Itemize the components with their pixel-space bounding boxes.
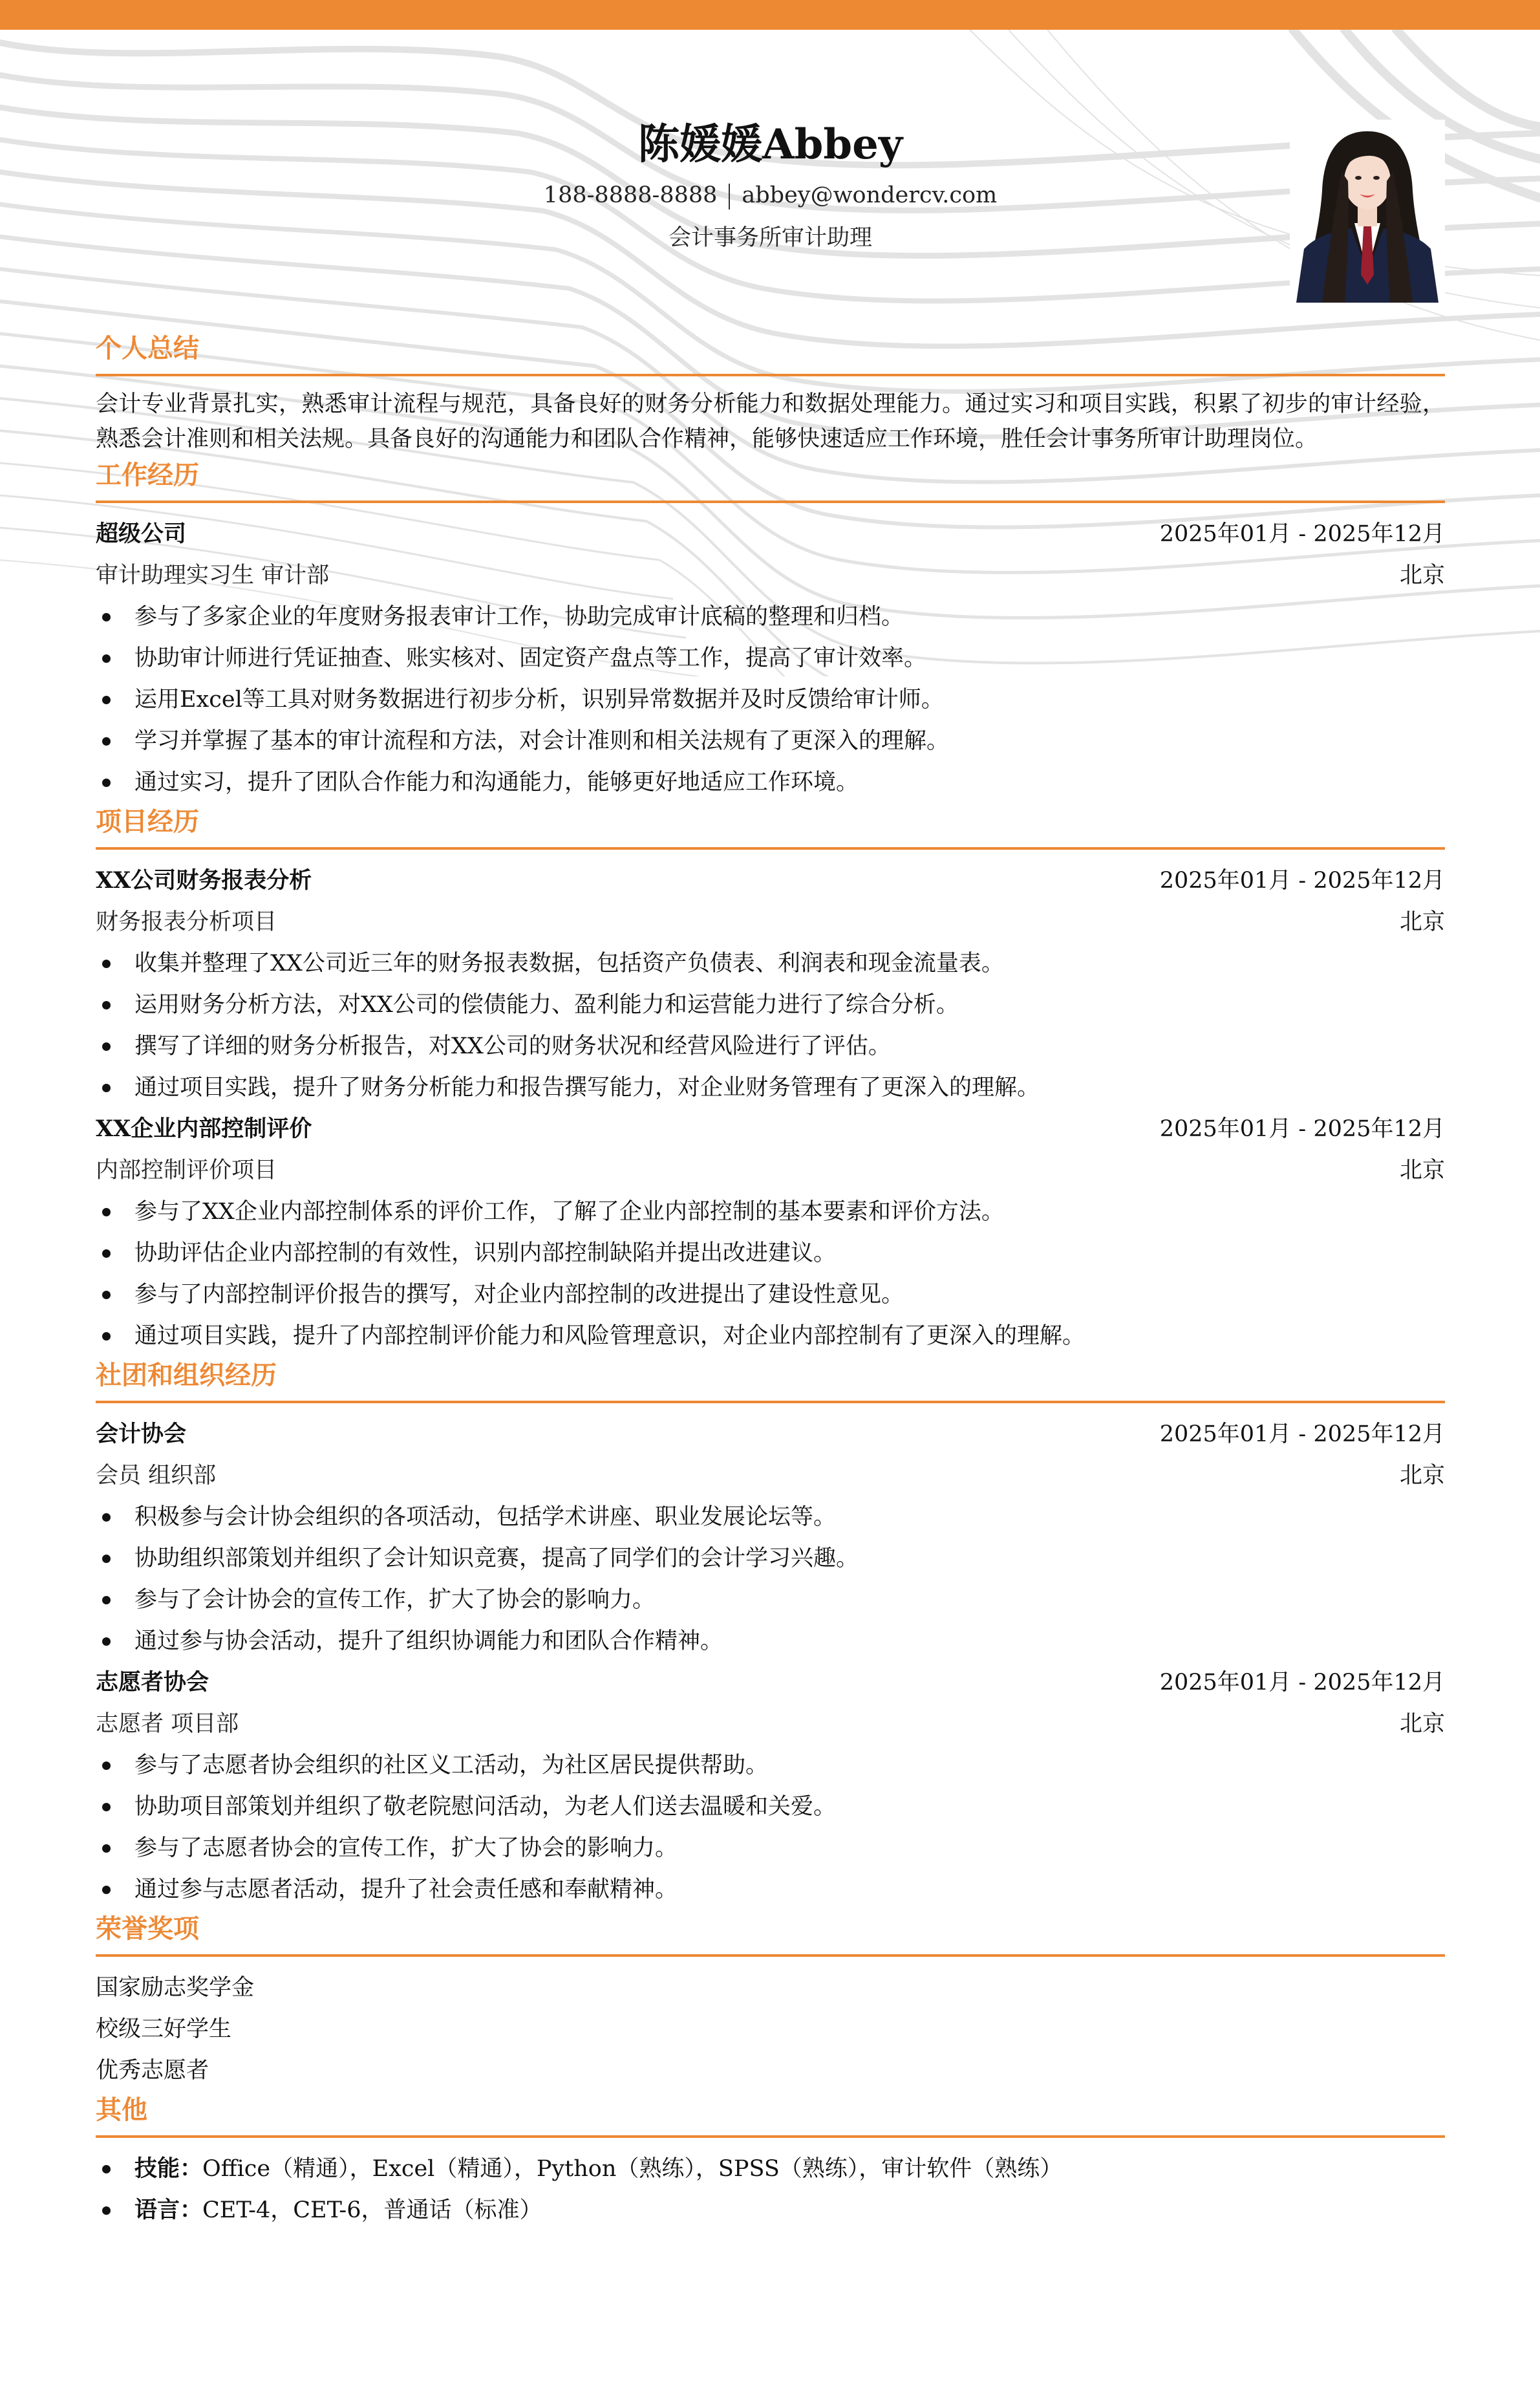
skills-label: 技能：: [134, 2155, 202, 2182]
entry-organization: 志愿者协会: [96, 1662, 209, 1703]
entry-role: 内部控制评价项目: [96, 1150, 277, 1191]
section-divider: [96, 501, 1445, 503]
section-divider: [96, 2135, 1445, 2138]
bullet-item: 通过项目实践，提升了内部控制评价能力和风险管理意识，对企业内部控制有了更深入的理…: [96, 1315, 1445, 1357]
contact-separator: [729, 184, 730, 210]
target-position: 会计事务所审计助理: [96, 220, 1445, 252]
candidate-name: 陈媛媛Abbey: [96, 111, 1445, 171]
bullet-item: 参与了志愿者协会组织的社区义工活动，为社区居民提供帮助。: [96, 1745, 1445, 1786]
section-honors: 荣誉奖项 国家励志奖学金 校级三好学生 优秀志愿者: [96, 1912, 1445, 2091]
entry-location: 北京: [1400, 555, 1445, 596]
bullet-icon: [102, 1886, 111, 1894]
bullet-item: 通过参与协会活动，提升了组织协调能力和团队合作精神。: [96, 1621, 1445, 1662]
bullet-icon: [102, 1762, 111, 1770]
section-title-projects: 项目经历: [96, 804, 1445, 839]
section-title-summary: 个人总结: [96, 331, 1445, 366]
work-entry: 超级公司 2025年01月 - 2025年12月 审计助理实习生 审计部 北京 …: [96, 513, 1445, 803]
bullet-icon: [102, 1084, 111, 1092]
languages-item: 语言：CET-4，CET-6，普通话（标准）: [96, 2190, 1445, 2231]
entry-location: 北京: [1400, 1703, 1445, 1745]
entry-organization: 超级公司: [96, 513, 186, 555]
club-entry: 会计协会 2025年01月 - 2025年12月 会员 组织部 北京 积极参与会…: [96, 1414, 1445, 1662]
entry-bullets: 参与了志愿者协会组织的社区义工活动，为社区居民提供帮助。 协助项目部策划并组织了…: [96, 1745, 1445, 1910]
section-divider: [96, 1401, 1445, 1403]
bullet-item: 协助评估企业内部控制的有效性，识别内部控制缺陷并提出改进建议。: [96, 1233, 1445, 1274]
bullet-item: 通过项目实践，提升了财务分析能力和报告撰写能力，对企业财务管理有了更深入的理解。: [96, 1067, 1445, 1108]
contact-line: 188-8888-8888abbey@wondercv.com: [96, 182, 1445, 210]
bullet-item: 参与了内部控制评价报告的撰写，对企业内部控制的改进提出了建设性意见。: [96, 1274, 1445, 1315]
bullet-icon: [102, 1844, 111, 1853]
bullet-icon: [102, 1513, 111, 1522]
honors-list: 国家励志奖学金 校级三好学生 优秀志愿者: [96, 1967, 1445, 2091]
entry-location: 北京: [1400, 1455, 1445, 1496]
section-clubs: 社团和组织经历 会计协会 2025年01月 - 2025年12月 会员 组织部 …: [96, 1358, 1445, 1910]
bullet-item: 通过实习，提升了团队合作能力和沟通能力，能够更好地适应工作环境。: [96, 762, 1445, 803]
bullet-item: 运用Excel等工具对财务数据进行初步分析，识别异常数据并及时反馈给审计师。: [96, 679, 1445, 720]
section-divider: [96, 1954, 1445, 1957]
bullet-item: 学习并掌握了基本的审计流程和方法，对会计准则和相关法规有了更深入的理解。: [96, 720, 1445, 762]
bullet-icon: [102, 1208, 111, 1216]
bullet-icon: [102, 1596, 111, 1604]
entry-date-range: 2025年01月 - 2025年12月: [1160, 1414, 1445, 1455]
entry-bullets: 收集并整理了XX公司近三年的财务报表数据，包括资产负债表、利润表和现金流量表。 …: [96, 943, 1445, 1108]
entry-location: 北京: [1400, 1150, 1445, 1191]
email-address[interactable]: abbey@wondercv.com: [742, 182, 997, 208]
section-title-honors: 荣誉奖项: [96, 1912, 1445, 1946]
project-entry: XX企业内部控制评价 2025年01月 - 2025年12月 内部控制评价项目 …: [96, 1108, 1445, 1357]
phone-number[interactable]: 188-8888-8888: [544, 182, 718, 208]
bullet-item: 协助组织部策划并组织了会计知识竞赛，提高了同学们的会计学习兴趣。: [96, 1538, 1445, 1579]
entry-organization: 会计协会: [96, 1414, 186, 1455]
bullet-item: 收集并整理了XX公司近三年的财务报表数据，包括资产负债表、利润表和现金流量表。: [96, 943, 1445, 984]
entry-location: 北京: [1400, 901, 1445, 943]
section-divider: [96, 847, 1445, 850]
section-other: 其他 技能：Office（精通），Excel（精通），Python（熟练），SP…: [96, 2093, 1445, 2231]
bullet-icon: [102, 696, 111, 704]
entry-date-range: 2025年01月 - 2025年12月: [1160, 513, 1445, 555]
entry-date-range: 2025年01月 - 2025年12月: [1160, 1662, 1445, 1703]
bullet-item: 参与了多家企业的年度财务报表审计工作，协助完成审计底稿的整理和归档。: [96, 596, 1445, 638]
bullet-icon: [102, 779, 111, 787]
skills-value: Office（精通），Excel（精通），Python（熟练），SPSS（熟练）…: [202, 2156, 1062, 2182]
section-title-other: 其他: [96, 2093, 1445, 2128]
bullet-item: 运用财务分析方法，对XX公司的偿债能力、盈利能力和运营能力进行了综合分析。: [96, 984, 1445, 1026]
bullet-icon: [102, 1249, 111, 1258]
resume-header: 陈媛媛Abbey 188-8888-8888abbey@wondercv.com…: [96, 0, 1445, 323]
section-work: 工作经历 超级公司 2025年01月 - 2025年12月 审计助理实习生 审计…: [96, 458, 1445, 803]
bullet-icon: [102, 1637, 111, 1646]
entry-role: 财务报表分析项目: [96, 901, 277, 943]
project-entry: XX公司财务报表分析 2025年01月 - 2025年12月 财务报表分析项目 …: [96, 860, 1445, 1108]
entry-role: 会员 组织部: [96, 1455, 216, 1496]
bullet-item: 参与了会计协会的宣传工作，扩大了协会的影响力。: [96, 1579, 1445, 1621]
entry-role: 志愿者 项目部: [96, 1703, 239, 1745]
bullet-icon: [102, 1555, 111, 1563]
resume-page: 陈媛媛Abbey 188-8888-8888abbey@wondercv.com…: [96, 0, 1445, 2231]
bullet-item: 撰写了详细的财务分析报告，对XX公司的财务状况和经营风险进行了评估。: [96, 1026, 1445, 1067]
summary-text: 会计专业背景扎实，熟悉审计流程与规范，具备良好的财务分析能力和数据处理能力。通过…: [96, 387, 1445, 457]
bullet-item: 协助审计师进行凭证抽查、账实核对、固定资产盘点等工作，提高了审计效率。: [96, 638, 1445, 679]
entry-organization: XX企业内部控制评价: [96, 1108, 312, 1150]
profile-photo: [1290, 120, 1445, 303]
bullet-item: 协助项目部策划并组织了敬老院慰问活动，为老人们送去温暖和关爱。: [96, 1786, 1445, 1827]
entry-bullets: 积极参与会计协会组织的各项活动，包括学术讲座、职业发展论坛等。 协助组织部策划并…: [96, 1496, 1445, 1662]
bullet-icon: [102, 1803, 111, 1811]
bullet-icon: [102, 1001, 111, 1009]
entry-bullets: 参与了XX企业内部控制体系的评价工作，了解了企业内部控制的基本要素和评价方法。 …: [96, 1191, 1445, 1357]
section-projects: 项目经历 XX公司财务报表分析 2025年01月 - 2025年12月 财务报表…: [96, 804, 1445, 1357]
honor-item: 国家励志奖学金: [96, 1967, 1445, 2009]
bullet-icon: [102, 654, 111, 663]
bullet-icon: [102, 2206, 111, 2215]
languages-value: CET-4，CET-6，普通话（标准）: [202, 2197, 542, 2223]
section-title-work: 工作经历: [96, 458, 1445, 493]
entry-bullets: 参与了多家企业的年度财务报表审计工作，协助完成审计底稿的整理和归档。 协助审计师…: [96, 596, 1445, 803]
bullet-icon: [102, 1291, 111, 1299]
honor-item: 优秀志愿者: [96, 2050, 1445, 2091]
skills-item: 技能：Office（精通），Excel（精通），Python（熟练），SPSS（…: [96, 2148, 1445, 2190]
entry-date-range: 2025年01月 - 2025年12月: [1160, 860, 1445, 901]
bullet-icon: [102, 960, 111, 968]
section-summary: 个人总结 会计专业背景扎实，熟悉审计流程与规范，具备良好的财务分析能力和数据处理…: [96, 331, 1445, 457]
portrait-icon: [1290, 120, 1445, 303]
other-list: 技能：Office（精通），Excel（精通），Python（熟练），SPSS（…: [96, 2148, 1445, 2231]
section-title-clubs: 社团和组织经历: [96, 1358, 1445, 1393]
bullet-icon: [102, 2165, 111, 2173]
bullet-item: 积极参与会计协会组织的各项活动，包括学术讲座、职业发展论坛等。: [96, 1496, 1445, 1538]
bullet-item: 参与了XX企业内部控制体系的评价工作，了解了企业内部控制的基本要素和评价方法。: [96, 1191, 1445, 1233]
bullet-item: 通过参与志愿者活动，提升了社会责任感和奉献精神。: [96, 1869, 1445, 1910]
honor-item: 校级三好学生: [96, 2009, 1445, 2050]
entry-date-range: 2025年01月 - 2025年12月: [1160, 1108, 1445, 1150]
entry-organization: XX公司财务报表分析: [96, 860, 312, 901]
bullet-icon: [102, 1042, 111, 1051]
club-entry: 志愿者协会 2025年01月 - 2025年12月 志愿者 项目部 北京 参与了…: [96, 1662, 1445, 1910]
section-divider: [96, 374, 1445, 376]
bullet-icon: [102, 1332, 111, 1341]
bullet-icon: [102, 737, 111, 746]
entry-role: 审计助理实习生 审计部: [96, 555, 329, 596]
languages-label: 语言：: [134, 2197, 202, 2223]
bullet-item: 参与了志愿者协会的宣传工作，扩大了协会的影响力。: [96, 1827, 1445, 1869]
bullet-icon: [102, 613, 111, 621]
